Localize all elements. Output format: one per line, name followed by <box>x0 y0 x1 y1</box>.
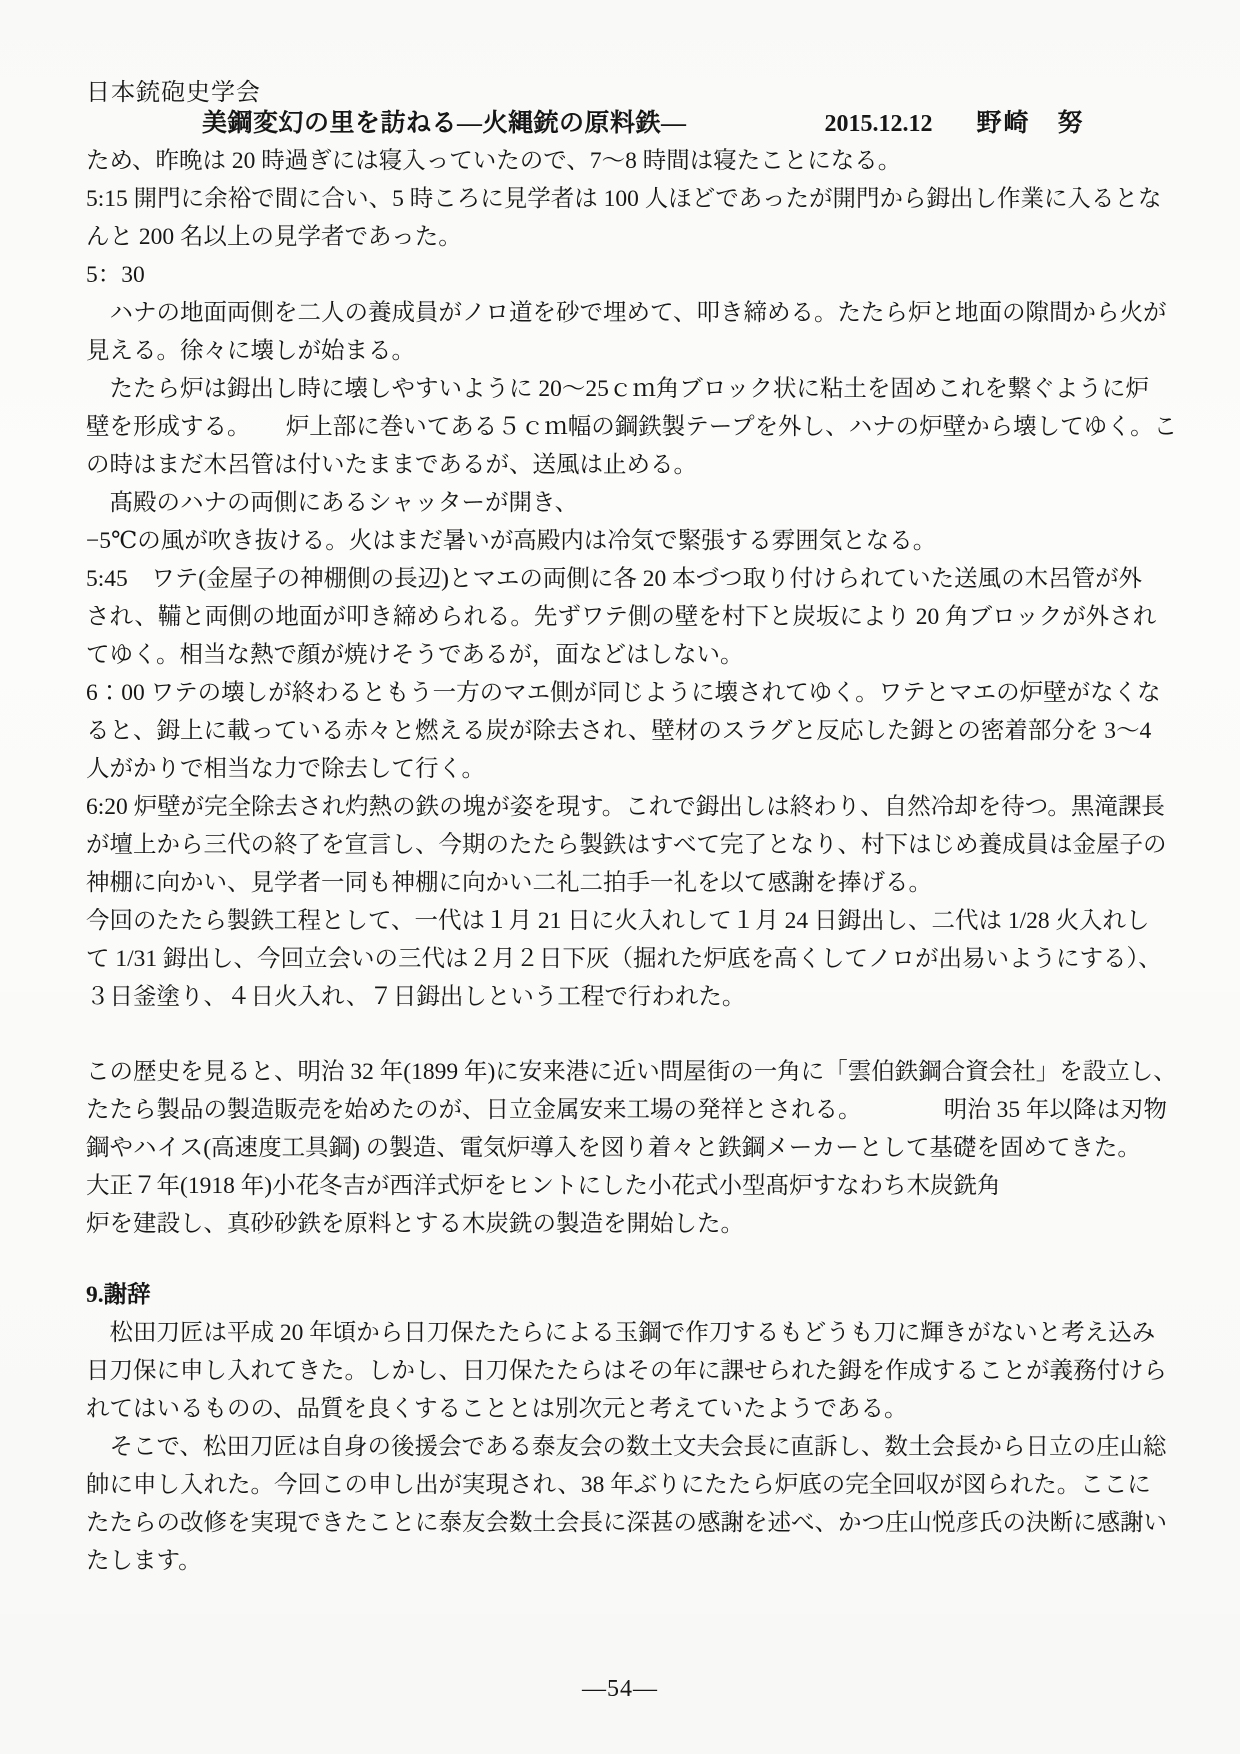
text-line: れてはいるものの、品質を良くすることとは別次元と考えていたようである。 <box>86 1390 1170 1428</box>
document-content: 日本銃砲史学会 美鋼変幻の里を訪ねる―火縄銃の原料鉄― 2015.12.12 野… <box>0 0 1240 1580</box>
document-date: 2015.12.12 <box>825 108 933 140</box>
text-line: この歴史を見ると、明治 32 年(1899 年)に安来港に近い問屋街の一角に「雲… <box>86 1053 1170 1091</box>
text-line: され、鞴と両側の地面が叩き締められる。先ずワテ側の壁を村下と炭坂により 20 角… <box>86 598 1170 636</box>
text-line: ため、昨晩は 20 時過ぎには寝入っていたので、7～8 時間は寝たことになる。 <box>86 142 1170 180</box>
text-line: 5:45 ワテ(金屋子の神棚側の長辺)とマエの両側に各 20 本づつ取り付けられ… <box>86 560 1170 598</box>
section-heading: 9.謝辞 <box>86 1276 1170 1314</box>
document-title: 美鋼変幻の里を訪ねる―火縄銃の原料鉄― <box>202 108 687 140</box>
text-line: 鋼やハイス(高速度工具鋼) の製造、電気炉導入を図り着々と鉄鋼メーカーとして基礎… <box>86 1129 1170 1167</box>
text-line: 見える。徐々に壊しが始まる。 <box>86 332 1170 370</box>
text-line: たたら炉は鉧出し時に壊しやすいように 20～25ｃｍ角ブロック状に粘土を固めこれ… <box>86 370 1170 408</box>
text-line: んと 200 名以上の見学者であった。 <box>86 218 1170 256</box>
text-line: 炉を建設し、真砂砂鉄を原料とする木炭銑の製造を開始した。 <box>86 1205 1170 1243</box>
text-line: 日刀保に申し入れてきた。しかし、日刀保たたらはその年に課せられた鉧を作成すること… <box>86 1352 1170 1390</box>
text-line: 松田刀匠は平成 20 年頃から日刀保たたらによる玉鋼で作刀するもどうも刀に輝きが… <box>86 1314 1170 1352</box>
text-line: の時はまだ木呂管は付いたままであるが、送風は止める。 <box>86 446 1170 484</box>
text-line: たたらの改修を実現できたことに泰友会数土会長に深甚の感謝を述べ、かつ庄山悦彦氏の… <box>86 1504 1170 1542</box>
organization-name: 日本銃砲史学会 <box>86 78 1170 108</box>
text-line: ３日釜塗り、４日火入れ、７日鉧出しという工程で行われた。 <box>86 978 1170 1016</box>
text-line: 髙殿のハナの両側にあるシャッターが開き、 <box>86 484 1170 522</box>
text-line: て 1/31 鉧出し、今回立会いの三代は２月２日下灰（掘れた炉底を高くしてノロが… <box>86 940 1170 978</box>
text-line: ハナの地面両側を二人の養成員がノロ道を砂で埋めて、叩き締める。たたら炉と地面の隙… <box>86 294 1170 332</box>
text-line: 大正７年(1918 年)小花冬吉が西洋式炉をヒントにした小花式小型髙炉すなわち木… <box>86 1167 1170 1205</box>
text-line: 壁を形成する。 炉上部に巻いてある５ｃｍ幅の鋼鉄製テープを外し、ハナの炉壁から壊… <box>86 408 1170 446</box>
text-line: −5℃の風が吹き抜ける。火はまだ暑いが高殿内は冷気で緊張する雰囲気となる。 <box>86 522 1170 560</box>
text-line: てゆく。相当な熱で顔が焼けそうであるが，面などはしない。 <box>86 636 1170 674</box>
title-row: 美鋼変幻の里を訪ねる―火縄銃の原料鉄― 2015.12.12 野崎 努 <box>86 108 1170 140</box>
text-line: 6：00 ワテの壊しが終わるともう一方のマエ側が同じように壊されてゆく。ワテとマ… <box>86 674 1170 712</box>
text-line: 5:15 開門に余裕で間に合い、5 時ころに見学者は 100 人ほどであったが開… <box>86 180 1170 218</box>
text-line: 今回のたたら製鉄工程として、一代は１月 21 日に火入れして１月 24 日鉧出し… <box>86 902 1170 940</box>
document-body: ため、昨晩は 20 時過ぎには寝入っていたので、7～8 時間は寝たことになる。5… <box>86 142 1170 1580</box>
text-line: 帥に申し入れた。今回この申し出が実現され、38 年ぶりにたたら炉底の完全回収が図… <box>86 1466 1170 1504</box>
text-line: そこで、松田刀匠は自身の後援会である泰友会の数土文夫会長に直訴し、数土会長から日… <box>86 1428 1170 1466</box>
document-page: 日本銃砲史学会 美鋼変幻の里を訪ねる―火縄銃の原料鉄― 2015.12.12 野… <box>0 0 1240 1754</box>
text-line: ると、鉧上に載っている赤々と燃える炭が除去され、壁材のスラグと反応した鉧との密着… <box>86 712 1170 750</box>
page-number: ―54― <box>0 1676 1240 1703</box>
document-author: 野崎 努 <box>977 108 1085 140</box>
text-line: 5：30 <box>86 256 1170 294</box>
text-line: 6:20 炉壁が完全除去され灼熱の鉄の塊が姿を現す。これで鉧出しは終わり、自然冷… <box>86 788 1170 826</box>
text-line: 人がかりで相当な力で除去して行く。 <box>86 750 1170 788</box>
text-line: たたら製品の製造販売を始めたのが、日立金属安来工場の発祥とされる。 明治 35 … <box>86 1091 1170 1129</box>
text-line: が壇上から三代の終了を宣言し、今期のたたら製鉄はすべて完了となり、村下はじめ養成… <box>86 826 1170 864</box>
text-line: たします。 <box>86 1542 1170 1580</box>
text-line: 神棚に向かい、見学者一同も神棚に向かい二礼二拍手一礼を以て感謝を捧げる。 <box>86 864 1170 902</box>
